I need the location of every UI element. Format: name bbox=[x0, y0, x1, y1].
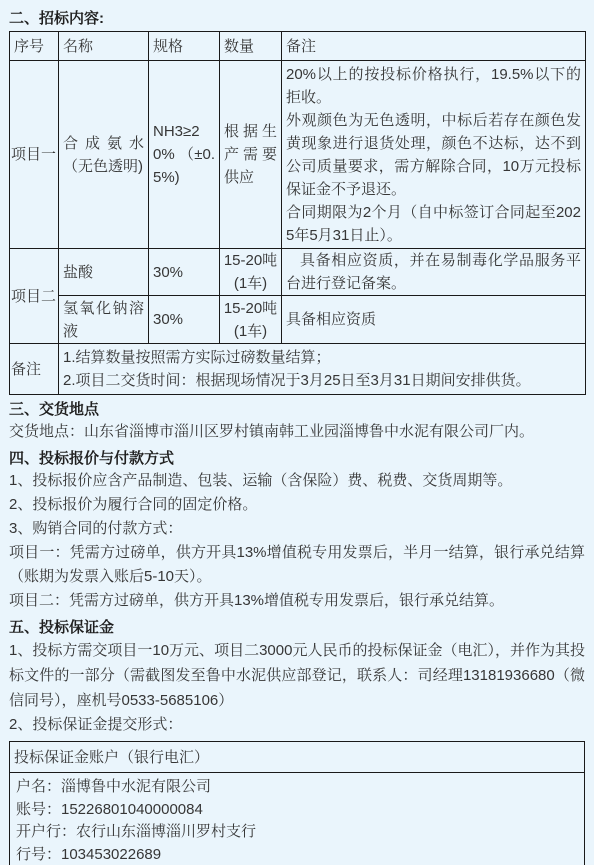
page: { "colors": { "background": "#eaf5fc", "… bbox=[0, 0, 594, 865]
acid-spec: 30% bbox=[149, 249, 220, 296]
table-row-project1: 项目一 合成氨水（无色透明) NH3≥20% （±0.5%) 根据生产需要供应 … bbox=[10, 61, 586, 249]
deposit-heading: 五、投标保证金 bbox=[9, 617, 585, 638]
naoh-quantity-tons: 15-20吨 bbox=[221, 297, 280, 320]
project1-remark-price-rule: 20%以上的按投标价格执行，19.5%以下的拒收。 bbox=[286, 63, 581, 109]
naoh-quantity-trucks: (1车) bbox=[221, 320, 280, 343]
naoh-name: 氢氧化钠溶液 bbox=[59, 296, 149, 344]
account-table-header-row: 投标保证金账户（银行电汇） bbox=[10, 742, 585, 773]
project1-name: 合成氨水（无色透明) bbox=[59, 61, 149, 249]
delivery-heading: 三、交货地点 bbox=[9, 399, 585, 420]
col-header-name: 名称 bbox=[59, 32, 149, 61]
deposit-account-table: 投标保证金账户（银行电汇） 户名：淄博鲁中水泥有限公司 账号：152268010… bbox=[9, 741, 585, 865]
naoh-spec: 30% bbox=[149, 296, 220, 344]
col-header-remark: 备注 bbox=[282, 32, 586, 61]
table-header-row: 序号 名称 规格 数量 备注 bbox=[10, 32, 586, 61]
col-header-spec: 规格 bbox=[149, 32, 220, 61]
tender-content-heading: 二、招标内容: bbox=[9, 8, 585, 29]
account-holder-name: 户名：淄博鲁中水泥有限公司 bbox=[16, 776, 578, 799]
deposit-requirement-text: 1、投标方需交项目一10万元、项目二3000元人民币的投标保证金（电汇），并作为… bbox=[9, 638, 585, 713]
note-content: 1.结算数量按照需方实际过磅数量结算； 2.项目二交货时间：根据现场情况于3月2… bbox=[59, 344, 586, 395]
project1-label: 项目一 bbox=[10, 61, 59, 249]
acid-quantity-trucks: (1车) bbox=[221, 272, 280, 295]
table-row-project2-naoh: 氢氧化钠溶液 30% 15-20吨 (1车) 具备相应资质 bbox=[10, 296, 586, 344]
note-line-delivery-time: 2.项目二交货时间：根据现场情况于3月25日至3月31日期间安排供货。 bbox=[63, 369, 581, 392]
acid-remark: 具备相应资质，并在易制毒化学品服务平台进行登记备案。 bbox=[282, 249, 586, 296]
project2-payment-terms: 项目二：凭需方过磅单，供方开具13%增值税专用发票后，银行承兑结算。 bbox=[9, 589, 585, 613]
note-line-settlement: 1.结算数量按照需方实际过磅数量结算； bbox=[63, 346, 581, 369]
bank-number: 行号：103453022689 bbox=[16, 844, 578, 865]
account-details: 户名：淄博鲁中水泥有限公司 账号：15226801040000084 开户行：农… bbox=[10, 773, 585, 865]
quote-item-payment-method: 3、购销合同的付款方式： bbox=[9, 517, 585, 541]
acid-quantity: 15-20吨 (1车) bbox=[220, 249, 282, 296]
account-table-title: 投标保证金账户（银行电汇） bbox=[10, 742, 585, 773]
quote-item-fixed-price: 2、投标报价为履行合同的固定价格。 bbox=[9, 493, 585, 517]
project1-payment-terms: 项目一：凭需方过磅单，供方开具13%增值税专用发票后，半月一结算，银行承兑结算（… bbox=[9, 541, 585, 589]
project1-remark-quality-rule: 外观颜色为无色透明，中标后若存在颜色发黄现象进行退货处理，颜色不达标，达不到公司… bbox=[286, 109, 581, 201]
quote-payment-heading: 四、投标报价与付款方式 bbox=[9, 448, 585, 469]
naoh-quantity: 15-20吨 (1车) bbox=[220, 296, 282, 344]
note-label: 备注 bbox=[10, 344, 59, 395]
col-header-quantity: 数量 bbox=[220, 32, 282, 61]
deposit-submission-form-text: 2、投标保证金提交形式： bbox=[9, 713, 585, 737]
project1-spec: NH3≥20% （±0.5%) bbox=[149, 61, 220, 249]
naoh-remark: 具备相应资质 bbox=[282, 296, 586, 344]
account-number: 账号：15226801040000084 bbox=[16, 799, 578, 822]
project1-remark-contract-term: 合同期限为2个月（自中标签订合同起至2025年5月31日止）。 bbox=[286, 201, 581, 247]
acid-name: 盐酸 bbox=[59, 249, 149, 296]
tender-items-table: 序号 名称 规格 数量 备注 项目一 合成氨水（无色透明) NH3≥20% （±… bbox=[9, 31, 586, 395]
col-header-seq: 序号 bbox=[10, 32, 59, 61]
project1-quantity: 根据生产需要供应 bbox=[220, 61, 282, 249]
project2-label: 项目二 bbox=[10, 249, 59, 344]
project1-remark: 20%以上的按投标价格执行，19.5%以下的拒收。 外观颜色为无色透明，中标后若… bbox=[282, 61, 586, 249]
bank-name: 开户行：农行山东淄博淄川罗村支行 bbox=[16, 821, 578, 844]
table-row-project2-acid: 项目二 盐酸 30% 15-20吨 (1车) 具备相应资质，并在易制毒化学品服务… bbox=[10, 249, 586, 296]
delivery-location-text: 交货地点：山东省淄博市淄川区罗村镇南韩工业园淄博鲁中水泥有限公司厂内。 bbox=[9, 420, 585, 444]
account-table-body-row: 户名：淄博鲁中水泥有限公司 账号：15226801040000084 开户行：农… bbox=[10, 773, 585, 865]
quote-item-costs: 1、投标报价应含产品制造、包装、运输（含保险）费、税费、交货周期等。 bbox=[9, 469, 585, 493]
table-row-note: 备注 1.结算数量按照需方实际过磅数量结算； 2.项目二交货时间：根据现场情况于… bbox=[10, 344, 586, 395]
acid-quantity-tons: 15-20吨 bbox=[221, 249, 280, 272]
